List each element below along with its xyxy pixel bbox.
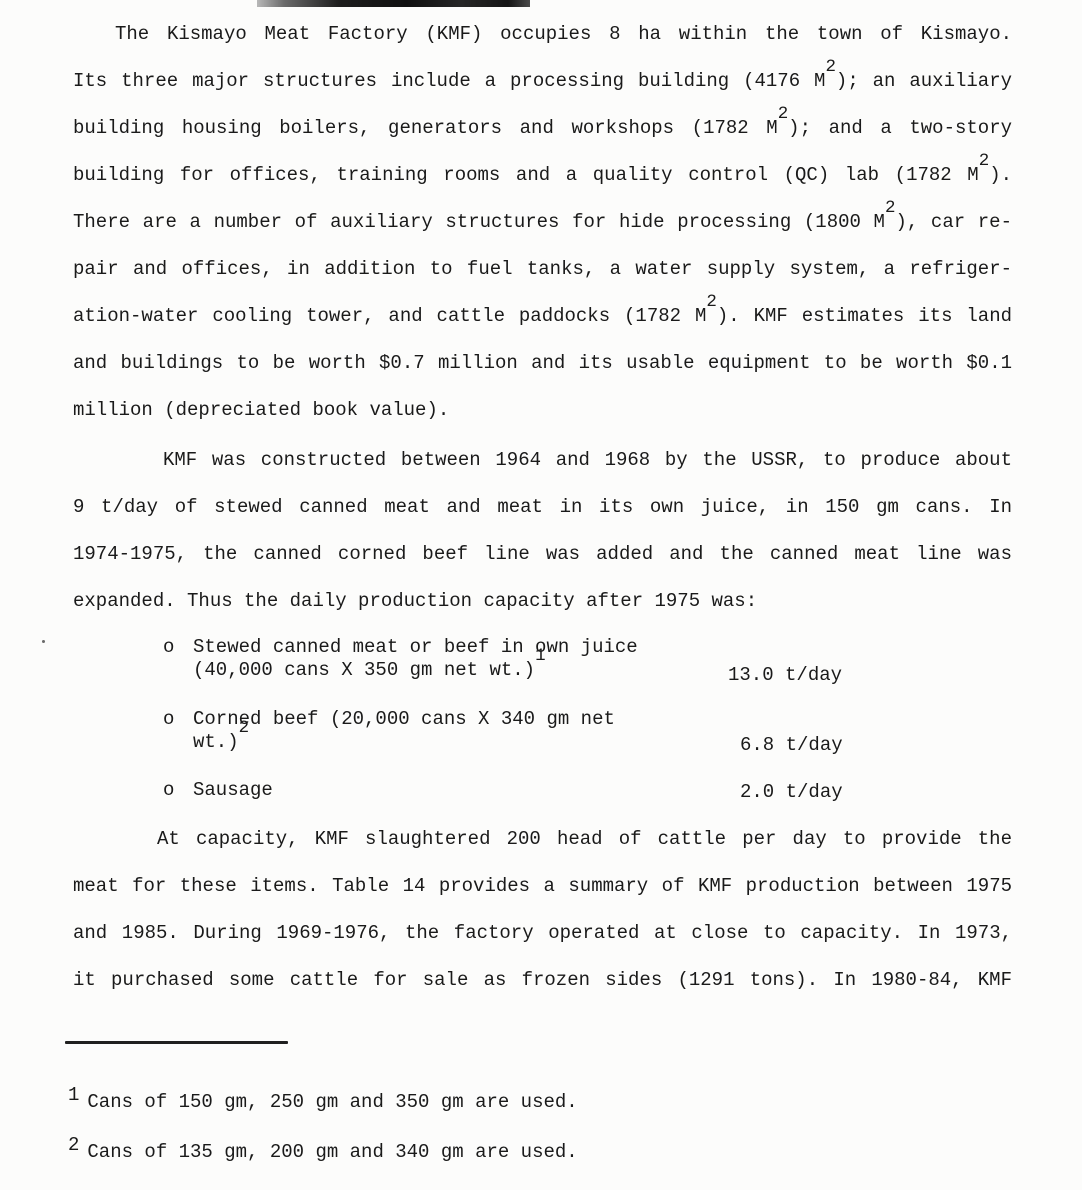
list-item-3-bullet: o bbox=[163, 777, 174, 803]
list-item-2-text-cont: wt.)2 bbox=[193, 729, 249, 755]
p3-line2: meat for these items. Table 14 provides … bbox=[73, 873, 1012, 899]
p1-line3: building housing boilers, generators and… bbox=[73, 115, 1012, 141]
footnote-2-text: Cans of 135 gm, 200 gm and 340 gm are us… bbox=[87, 1141, 577, 1163]
p2-line3: 1974-1975, the canned corned beef line w… bbox=[73, 541, 1012, 567]
p3-line3: and 1985. During 1969-1976, the factory … bbox=[73, 920, 1012, 946]
p2-line4: expanded. Thus the daily production capa… bbox=[73, 588, 1012, 614]
footnote-1-marker: 1 bbox=[68, 1082, 79, 1108]
p1-line9: million (depreciated book value). bbox=[73, 397, 1012, 423]
footnote-1-text: Cans of 150 gm, 250 gm and 350 gm are us… bbox=[87, 1091, 577, 1113]
document-page: The Kismayo Meat Factory (KMF) occupies … bbox=[0, 0, 1082, 1190]
p1-line2: Its three major structures include a pro… bbox=[73, 68, 1012, 94]
list-item-3-text: Sausage bbox=[193, 777, 273, 803]
footnote-2-marker: 2 bbox=[68, 1132, 79, 1158]
p2-line2: 9 t/day of stewed canned meat and meat i… bbox=[73, 494, 1012, 520]
list-item-1-text-cont: (40,000 cans X 350 gm net wt.)1 bbox=[193, 657, 546, 683]
list-item-3-value: 2.0 t/day bbox=[740, 779, 940, 805]
list-item-2-value: 6.8 t/day bbox=[740, 732, 940, 758]
p3-line4: it purchased some cattle for sale as fro… bbox=[73, 967, 1012, 993]
p2-line1: KMF was constructed between 1964 and 196… bbox=[73, 447, 1012, 473]
cut-off-heading-underline bbox=[257, 0, 530, 7]
footnote-1: 1Cans of 150 gm, 250 gm and 350 gm are u… bbox=[68, 1089, 1007, 1115]
list-item-1-value: 13.0 t/day bbox=[728, 662, 928, 688]
footnote-2: 2Cans of 135 gm, 200 gm and 340 gm are u… bbox=[68, 1139, 1007, 1165]
p1-line8: and buildings to be worth $0.7 million a… bbox=[73, 350, 1012, 376]
p1-line6: pair and offices, in addition to fuel ta… bbox=[73, 256, 1012, 282]
p1-line7: ation-water cooling tower, and cattle pa… bbox=[73, 303, 1012, 329]
footnote-separator-rule bbox=[65, 1041, 288, 1044]
stray-ink-dot bbox=[42, 640, 45, 643]
p3-line1: At capacity, KMF slaughtered 200 head of… bbox=[73, 826, 1012, 852]
p1-line5: There are a number of auxiliary structur… bbox=[73, 209, 1012, 235]
p1-line4: building for offices, training rooms and… bbox=[73, 162, 1012, 188]
p1-line1: The Kismayo Meat Factory (KMF) occupies … bbox=[73, 21, 1012, 47]
